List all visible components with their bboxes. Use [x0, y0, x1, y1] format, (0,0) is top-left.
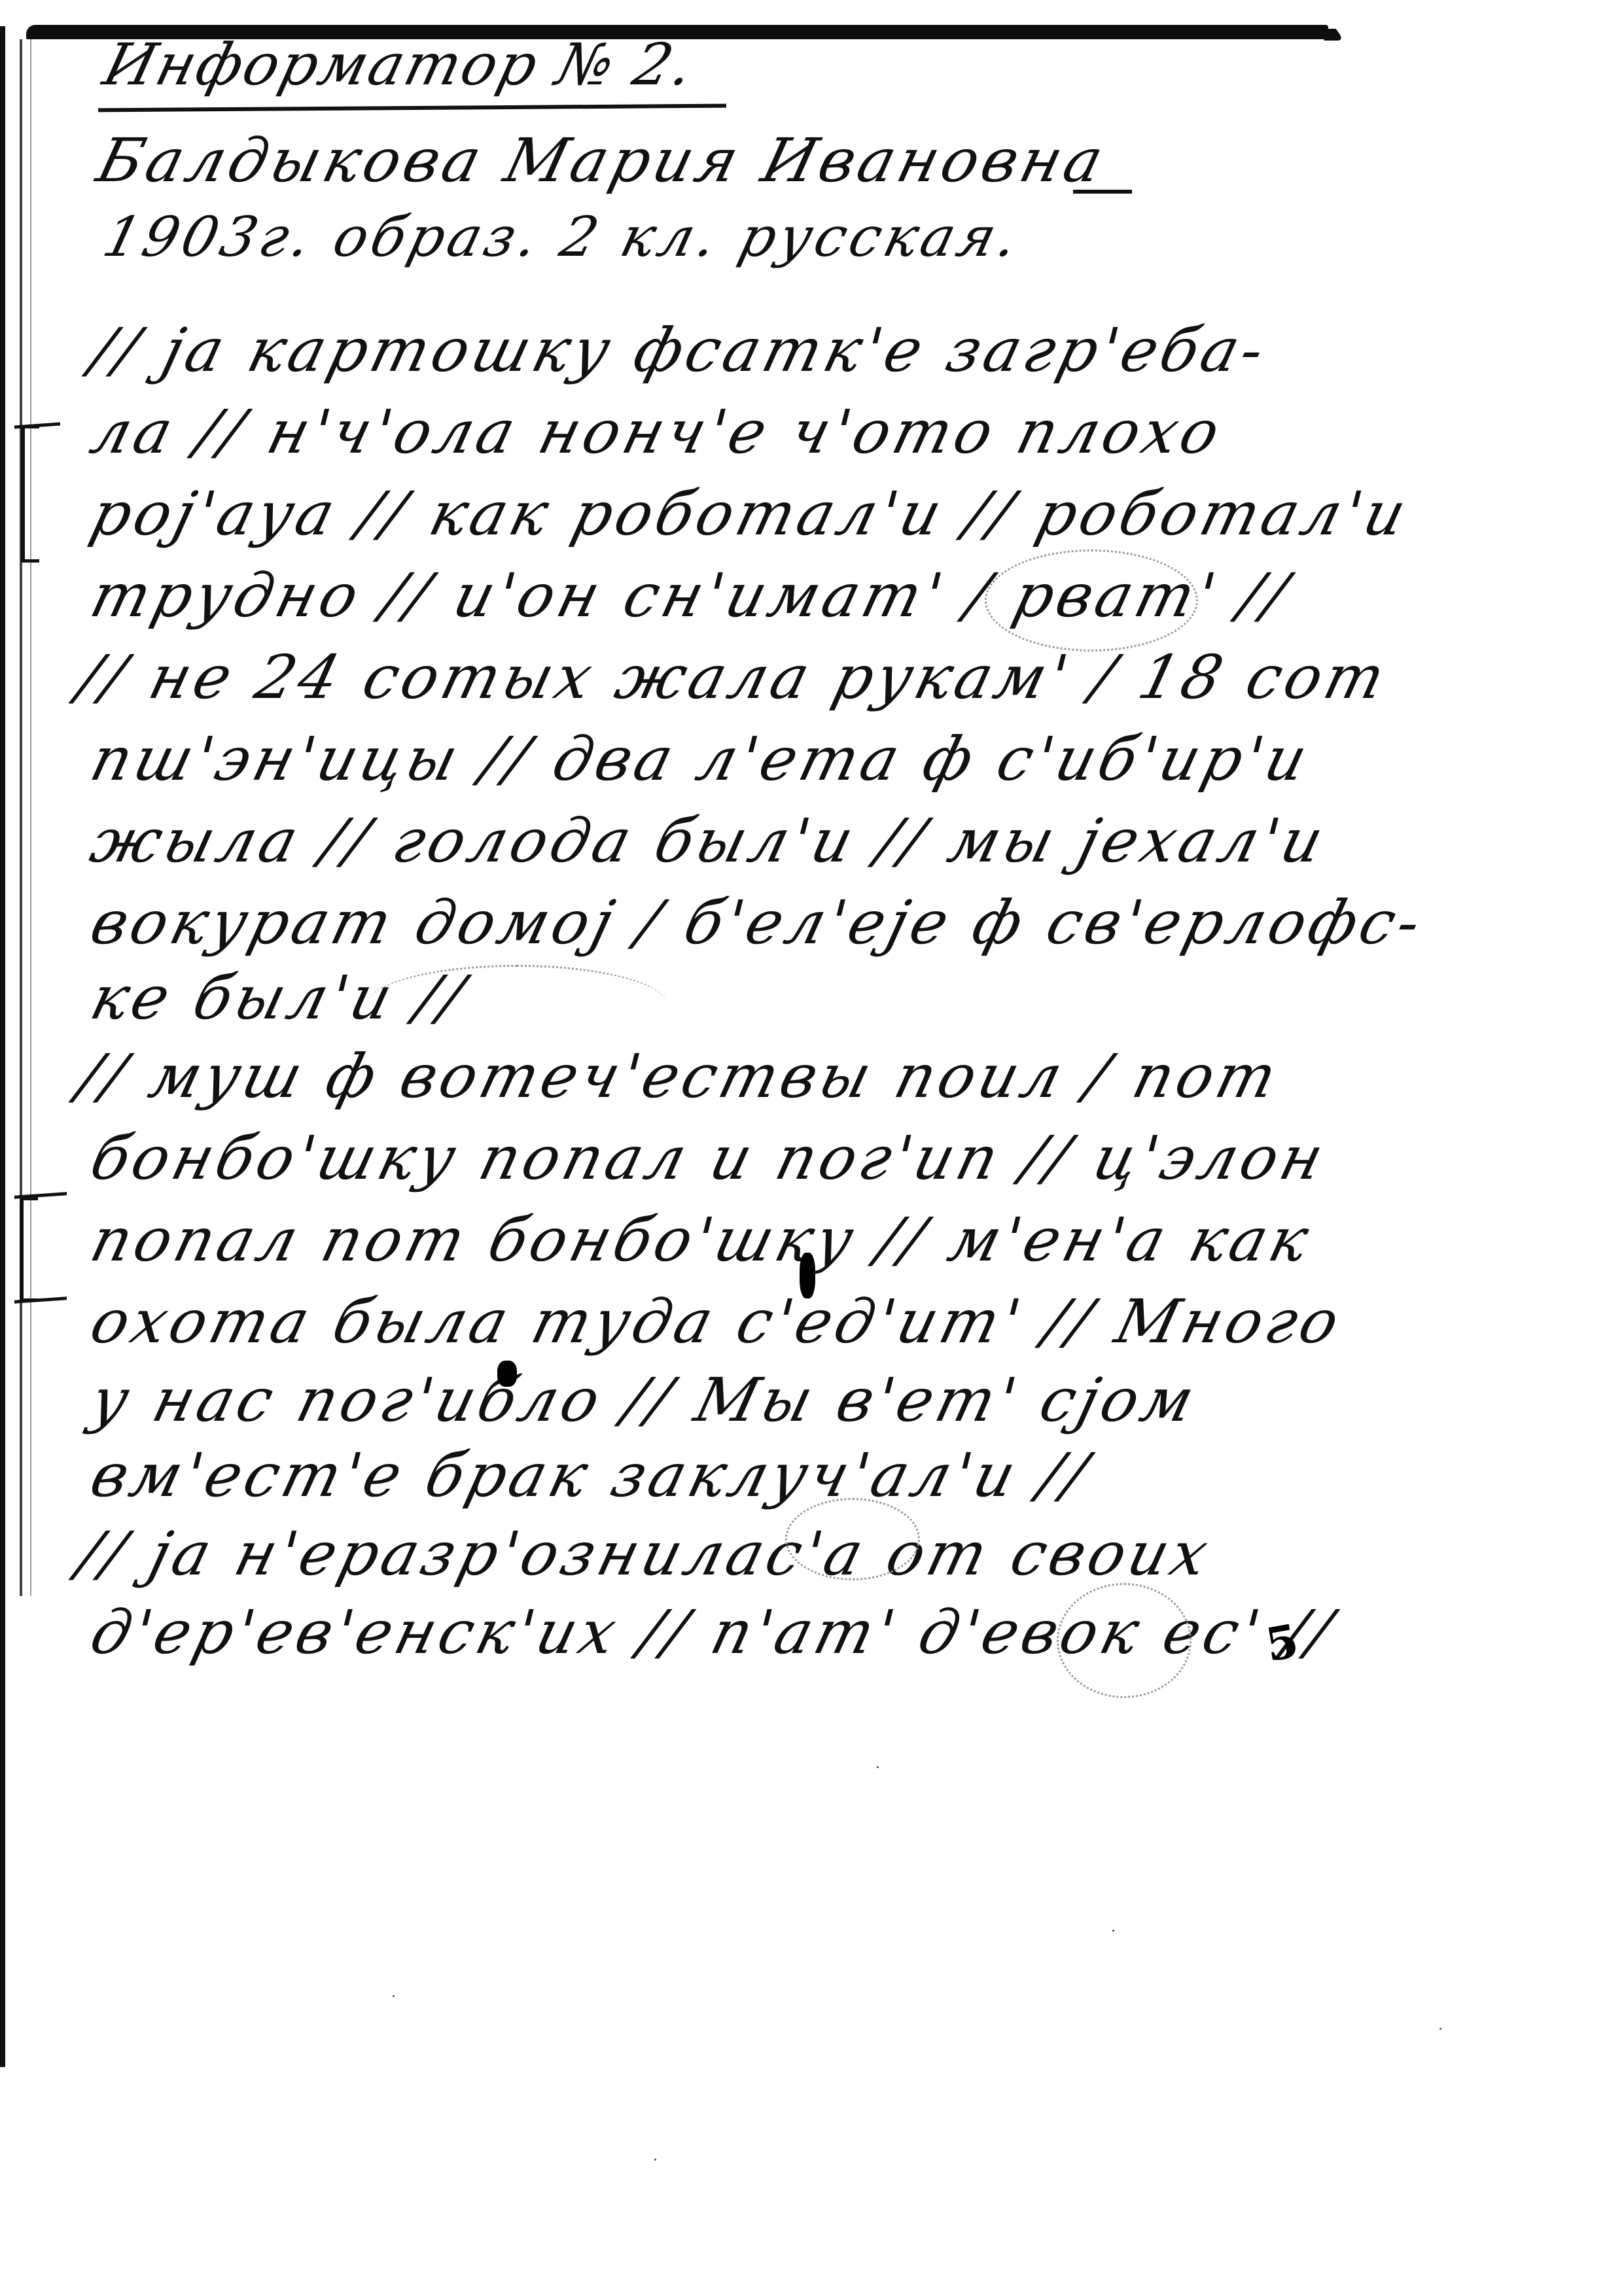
text-line: вм'ест'е брак заклуч'ал'и //	[85, 1446, 1097, 1506]
ink-blot	[497, 1361, 517, 1387]
text-line: // не 24 сотых жала рукам' / 18 сот	[72, 648, 1394, 708]
margin-bracket-upper	[21, 425, 39, 563]
paper-speck	[654, 2159, 656, 2161]
informant-name: Балдыкова Мария Ивановна	[92, 131, 1112, 191]
text-line: пш'эн'ицы // два л'ета ф с'иб'ир'и	[85, 729, 1316, 790]
text-line: // муш ф вотеч'ествы поил / пот	[72, 1047, 1286, 1107]
paper-speck	[877, 1766, 879, 1768]
paper-speck	[1439, 2028, 1441, 2030]
heading-underline	[98, 104, 726, 113]
pencil-arc-annotation	[366, 965, 667, 1045]
pencil-circle-annotation	[785, 1498, 920, 1580]
scanned-page: Информатор № 2. Балдыкова Мария Ивановна…	[0, 0, 1607, 2296]
text-line: охота была туда с'ед'ит' // Много	[85, 1292, 1349, 1352]
paper-speck	[1112, 1930, 1114, 1932]
pencil-circle-annotation	[985, 549, 1198, 652]
text-line: у нас пог'ибло // Мы в'ет' сјом	[85, 1370, 1203, 1431]
text-line: ла // н'ч'ола нонч'е ч'ото плохо	[85, 402, 1229, 462]
margin-tick-mark	[14, 1192, 67, 1199]
page-heading: Информатор № 2.	[98, 36, 701, 94]
ink-blot	[800, 1253, 815, 1298]
text-line: вокурат домој / б'ел'еје ф св'ерлофс-	[85, 893, 1430, 953]
text-line: попал пот бонбо'шку // м'ен'а как	[85, 1210, 1318, 1270]
text-line: // ја н'еразр'ознилас'а от своих	[72, 1524, 1217, 1584]
text-line: жыла // голода был'и // мы јехал'и	[85, 811, 1333, 871]
left-page-edge	[0, 26, 5, 2067]
paper-speck	[393, 1995, 395, 1997]
margin-line-secondary	[30, 39, 31, 1596]
margin-line	[20, 39, 22, 1596]
text-line: бонбо'шку попал и пог'ип // ц'элон	[85, 1128, 1333, 1189]
name-dash	[1073, 190, 1132, 194]
informant-details: 1903г. образ. 2 кл. русская.	[98, 209, 1027, 264]
text-line: рој'ауа // как роботал'и // роботал'и	[85, 484, 1415, 544]
margin-bracket-lower	[20, 1197, 38, 1302]
pencil-circle-annotation	[1057, 1583, 1192, 1698]
text-line: // ја картошку фсатк'е загр'еба-	[85, 321, 1274, 381]
